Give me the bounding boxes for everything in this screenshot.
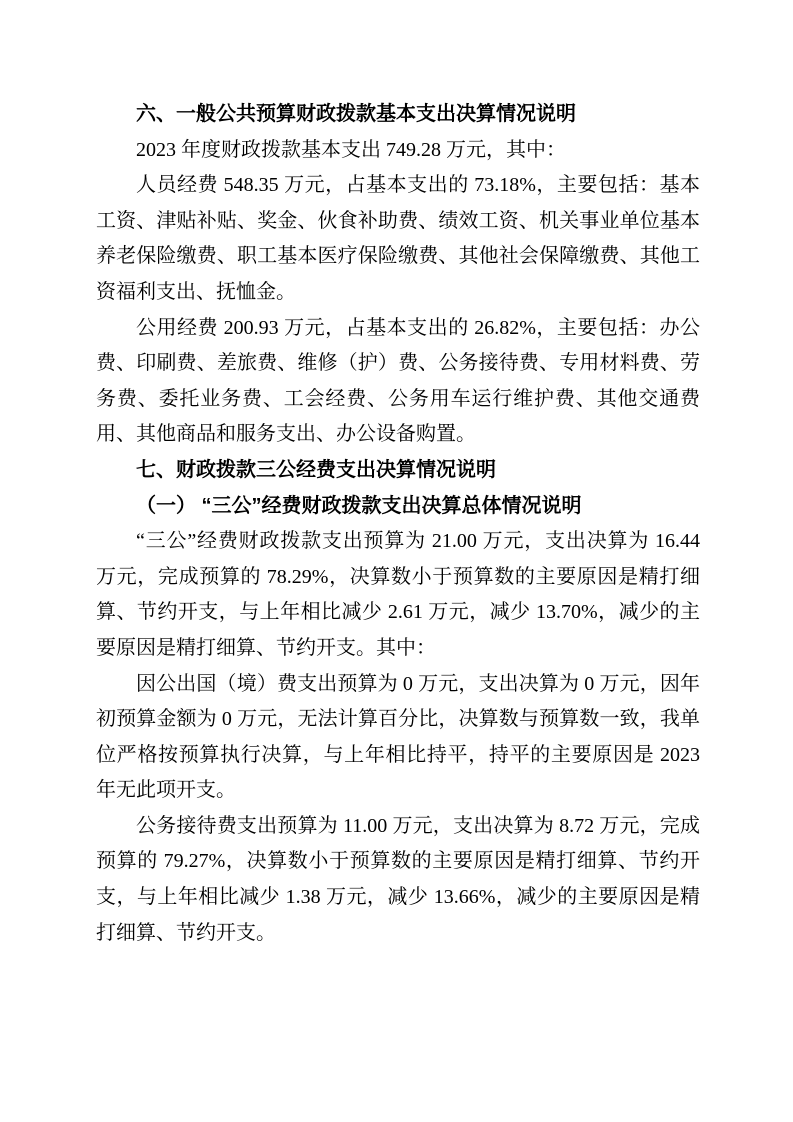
document-page: 六、一般公共预算财政拨款基本支出决算情况说明 2023 年度财政拨款基本支出 7… bbox=[0, 0, 793, 1122]
paragraph-public-expenses: 公用经费 200.93 万元，占基本支出的 26.82%，主要包括：办公费、印刷… bbox=[96, 311, 700, 453]
paragraph-overseas-travel-expenses: 因公出国（境）费支出预算为 0 万元，支出决算为 0 万元，因年初预算金额为 0… bbox=[96, 667, 700, 809]
paragraph-three-public-funds-overview: “三公”经费财政拨款支出预算为 21.00 万元，支出决算为 16.44 万元，… bbox=[96, 524, 700, 666]
paragraph-official-reception-expenses: 公务接待费支出预算为 11.00 万元，支出决算为 8.72 万元，完成预算的 … bbox=[96, 809, 700, 951]
section-heading-7: 七、财政拨款三公经费支出决算情况说明 bbox=[96, 453, 700, 489]
paragraph-personnel-expenses: 人员经费 548.35 万元，占基本支出的 73.18%，主要包括：基本工资、津… bbox=[96, 168, 700, 310]
section-heading-6: 六、一般公共预算财政拨款基本支出决算情况说明 bbox=[96, 97, 700, 133]
subsection-heading-1: （一） “三公”经费财政拨款支出决算总体情况说明 bbox=[96, 489, 700, 525]
paragraph-basic-expenditure-total: 2023 年度财政拨款基本支出 749.28 万元，其中： bbox=[96, 133, 700, 169]
